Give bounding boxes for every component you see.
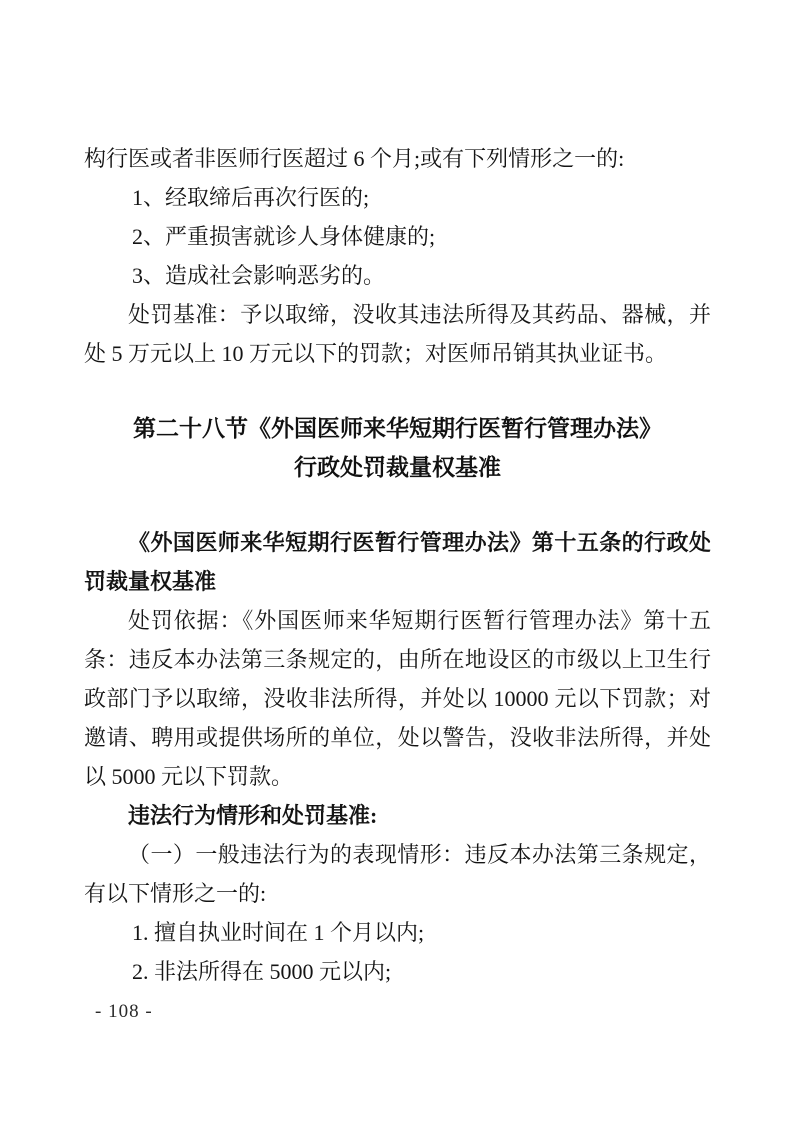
- bottom-list-item-1: 1. 擅自执业时间在 1 个月以内;: [84, 913, 711, 952]
- penalty-basis-line-1: 处罚依据：《外国医师来华短期行医暂行管理办法》第十五: [84, 601, 711, 640]
- clause-heading-line-1: 《外国医师来华短期行医暂行管理办法》第十五条的行政处: [84, 523, 711, 562]
- continuation-line: 构行医或者非医师行医超过 6 个月;或有下列情形之一的:: [84, 139, 711, 178]
- general-case-line-2: 有以下情形之一的:: [84, 874, 711, 913]
- penalty-standard-line-2: 处 5 万元以上 10 万元以下的罚款；对医师吊销其执业证书。: [84, 334, 711, 373]
- clause-heading-line-2: 罚裁量权基准: [84, 562, 711, 601]
- penalty-standard-line-1: 处罚基准：予以取缔，没收其违法所得及其药品、器械，并: [84, 295, 711, 334]
- penalty-basis-line-4: 邀请、聘用或提供场所的单位，处以警告，没收非法所得，并处: [84, 718, 711, 757]
- document-body: 构行医或者非医师行医超过 6 个月;或有下列情形之一的: 1、经取缔后再次行医的…: [84, 139, 711, 991]
- general-case-line-1: （一）一般违法行为的表现情形：违反本办法第三条规定，: [84, 835, 711, 874]
- list-item-3: 3、造成社会影响恶劣的。: [84, 256, 711, 295]
- section-heading-line-1: 第二十八节《外国医师来华短期行医暂行管理办法》: [84, 409, 711, 448]
- section-heading-line-2: 行政处罚裁量权基准: [84, 448, 711, 487]
- page-number: - 108 -: [95, 999, 153, 1025]
- penalty-basis-line-2: 条：违反本办法第三条规定的，由所在地设区的市级以上卫生行: [84, 640, 711, 679]
- penalty-basis-line-5: 以 5000 元以下罚款。: [84, 757, 711, 796]
- document-page: 构行医或者非医师行医超过 6 个月;或有下列情形之一的: 1、经取缔后再次行医的…: [0, 0, 793, 1122]
- violation-heading: 违法行为情形和处罚基准:: [84, 796, 711, 835]
- penalty-basis-line-3: 政部门予以取缔，没收非法所得，并处以 10000 元以下罚款；对: [84, 679, 711, 718]
- list-item-1: 1、经取缔后再次行医的;: [84, 178, 711, 217]
- list-item-2: 2、严重损害就诊人身体健康的;: [84, 217, 711, 256]
- bottom-list-item-2: 2. 非法所得在 5000 元以内;: [84, 952, 711, 991]
